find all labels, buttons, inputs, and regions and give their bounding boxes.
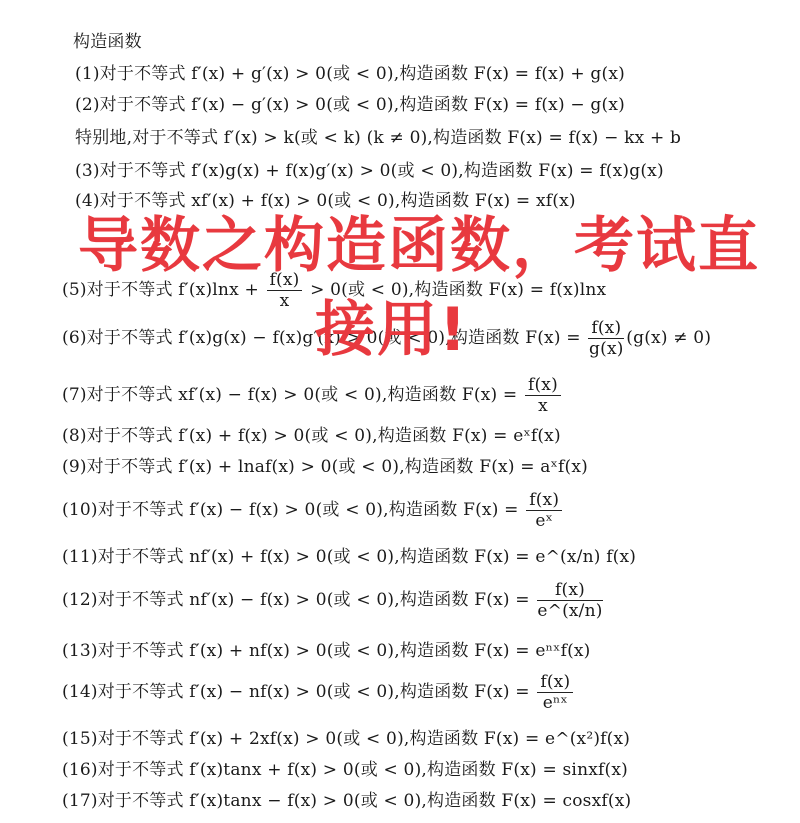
item-13: (13)对于不等式 f′(x) + nf(x) > 0(或 < 0),构造函数 … xyxy=(62,640,591,662)
item-7: (7)对于不等式 xf′(x) − f(x) > 0(或 < 0),构造函数 F… xyxy=(62,375,563,416)
item-4: (4)对于不等式 xf′(x) + f(x) > 0(或 < 0),构造函数 F… xyxy=(75,190,576,212)
heading: 构造函数 xyxy=(73,31,142,53)
item-3: (3)对于不等式 f′(x)g(x) + f(x)g′(x) > 0(或 < 0… xyxy=(75,160,664,182)
item-8: (8)对于不等式 f′(x) + f(x) > 0(或 < 0),构造函数 F(… xyxy=(62,425,561,447)
overlay-title-line2: 接用! xyxy=(315,298,468,362)
fraction: f(x)eˣ xyxy=(526,490,562,531)
fraction: f(x)e^(x/n) xyxy=(537,580,602,621)
item-1: (1)对于不等式 f′(x) + g′(x) > 0(或 < 0),构造函数 F… xyxy=(75,63,625,85)
item-9: (9)对于不等式 f′(x) + lnaf(x) > 0(或 < 0),构造函数… xyxy=(62,456,588,478)
item-11: (11)对于不等式 nf′(x) + f(x) > 0(或 < 0),构造函数 … xyxy=(62,546,636,568)
fraction: f(x)x xyxy=(525,375,561,416)
item-12: (12)对于不等式 nf′(x) − f(x) > 0(或 < 0),构造函数 … xyxy=(62,580,605,621)
item-14: (14)对于不等式 f′(x) − nf(x) > 0(或 < 0),构造函数 … xyxy=(62,672,575,713)
item-17: (17)对于不等式 f′(x)tanx − f(x) > 0(或 < 0),构造… xyxy=(62,790,631,812)
item-10: (10)对于不等式 f′(x) − f(x) > 0(或 < 0),构造函数 F… xyxy=(62,490,564,531)
item-15: (15)对于不等式 f′(x) + 2xf(x) > 0(或 < 0),构造函数… xyxy=(62,728,630,750)
item-2: (2)对于不等式 f′(x) − g′(x) > 0(或 < 0),构造函数 F… xyxy=(75,94,625,116)
overlay-title-line1: 导数之构造函数，考试直 xyxy=(78,214,760,278)
item-16: (16)对于不等式 f′(x)tanx + f(x) > 0(或 < 0),构造… xyxy=(62,759,628,781)
fraction: f(x)eⁿˣ xyxy=(537,672,573,713)
item-special: 特别地,对于不等式 f′(x) > k(或 < k) (k ≠ 0),构造函数 … xyxy=(75,127,681,149)
fraction: f(x)g(x) xyxy=(588,318,624,359)
